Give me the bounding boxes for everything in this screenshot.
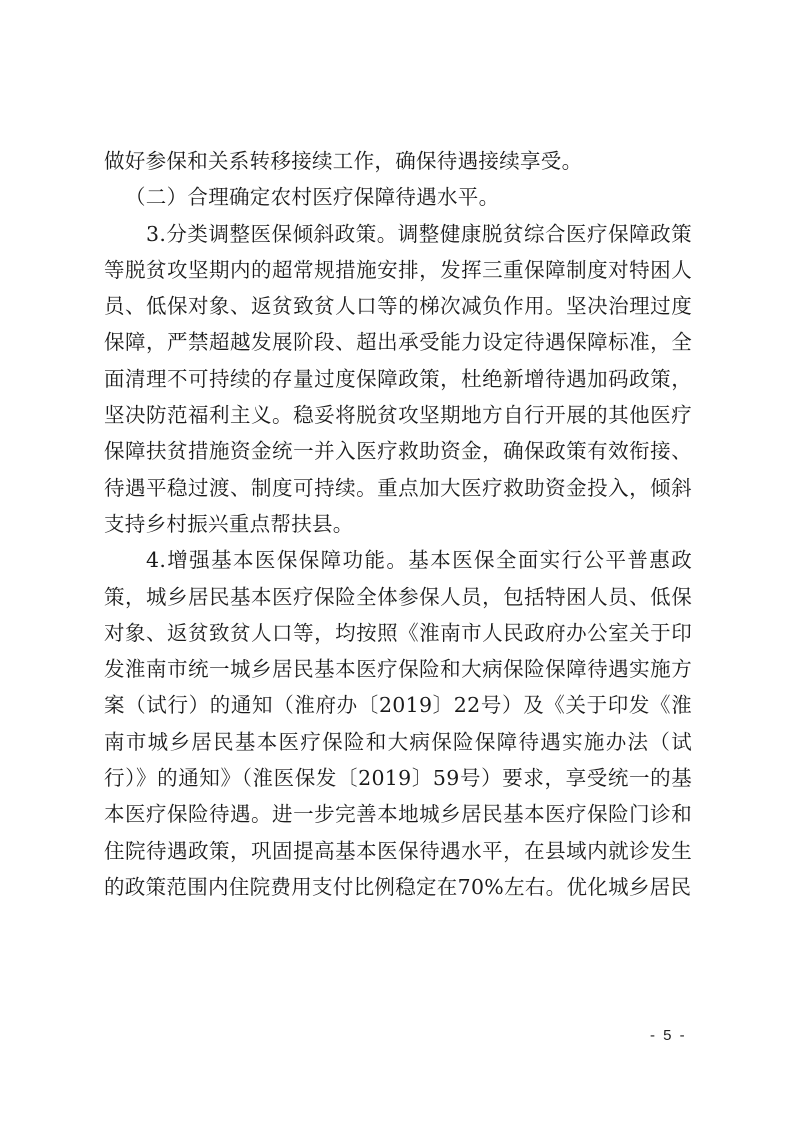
paragraph-item-3: 3.分类调整医保倾斜政策。调整健康脱贫综合医疗保障政策等脱贫攻坚期内的超常规措施…: [104, 216, 692, 543]
document-page: 做好参保和关系转移接续工作，确保待遇接续享受。 （二）合理确定农村医疗保障待遇水…: [104, 143, 692, 905]
paragraph-item-4: 4.增强基本医保保障功能。基本医保全面实行公平普惠政策，城乡居民基本医疗保险全体…: [104, 542, 692, 905]
paragraph-continuation: 做好参保和关系转移接续工作，确保待遇接续享受。: [104, 143, 692, 179]
section-heading: （二）合理确定农村医疗保障待遇水平。: [104, 179, 692, 215]
page-number: - 5 -: [650, 1027, 687, 1044]
